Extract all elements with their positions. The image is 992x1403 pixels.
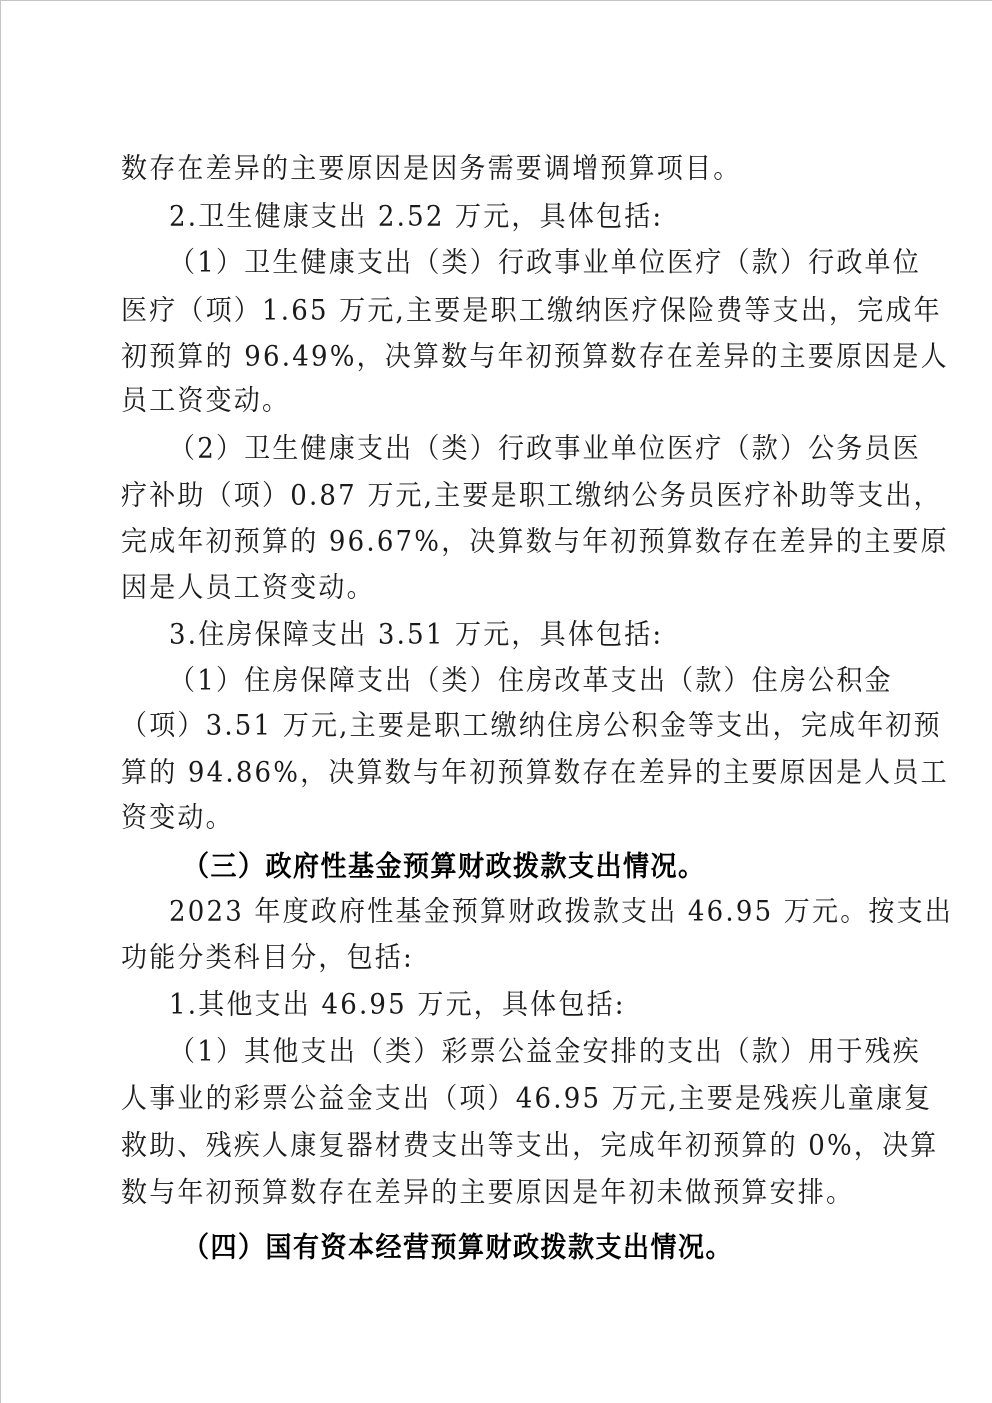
paragraph-line: 完成年初预算的 96.67%，决算数与年初预算数存在差异的主要原 [121, 525, 873, 560]
paragraph-line: 人事业的彩票公益金支出（项）46.95 万元,主要是残疾儿童康复 [121, 1082, 873, 1117]
paragraph-line: 员工资变动。 [121, 384, 881, 419]
paragraph-line-continuation: 数存在差异的主要原因是因务需要调增预算项目。 [121, 152, 881, 187]
paragraph-line: （项）3.51 万元,主要是职工缴纳住房公积金等支出，完成年初预 [121, 709, 873, 744]
paragraph-line-fund-summary: 2023 年度政府性基金预算财政拨款支出 46.95 万元。按支出 [169, 895, 873, 930]
paragraph-line-other-item1: （1）其他支出（类）彩票公益金安排的支出（款）用于残疾 [169, 1035, 873, 1070]
paragraph-line: 资变动。 [121, 801, 881, 836]
paragraph-line: 因是人员工资变动。 [121, 571, 881, 606]
paragraph-line: 功能分类科目分，包括: [121, 941, 881, 976]
paragraph-line: 医疗（项）1.65 万元,主要是职工缴纳医疗保险费等支出，完成年 [121, 294, 873, 329]
subsection-heading-health: 2.卫生健康支出 2.52 万元，具体包括: [169, 200, 929, 235]
paragraph-line-health-item1: （1）卫生健康支出（类）行政事业单位医疗（款）行政单位 [169, 246, 873, 281]
paragraph-line: 救助、残疾人康复器材费支出等支出，完成年初预算的 0%，决算 [121, 1129, 873, 1164]
document-page: 数存在差异的主要原因是因务需要调增预算项目。 2.卫生健康支出 2.52 万元，… [0, 0, 992, 1403]
section-heading-government-fund: （三）政府性基金预算财政拨款支出情况。 [183, 850, 943, 885]
paragraph-line-housing-item1: （1）住房保障支出（类）住房改革支出（款）住房公积金 [169, 664, 873, 699]
paragraph-line: 算的 94.86%，决算数与年初预算数存在差异的主要原因是人员工 [121, 756, 873, 791]
paragraph-line: 初预算的 96.49%，决算数与年初预算数存在差异的主要原因是人 [121, 340, 873, 375]
paragraph-line: 数与年初预算数存在差异的主要原因是年初未做预算安排。 [121, 1176, 881, 1211]
subsection-heading-housing: 3.住房保障支出 3.51 万元，具体包括: [169, 618, 929, 653]
subsection-heading-other-expenditure: 1.其他支出 46.95 万元，具体包括: [169, 988, 929, 1023]
paragraph-line-health-item2: （2）卫生健康支出（类）行政事业单位医疗（款）公务员医 [169, 432, 873, 467]
paragraph-line: 疗补助（项）0.87 万元,主要是职工缴纳公务员医疗补助等支出， [121, 479, 887, 514]
section-heading-state-capital: （四）国有资本经营预算财政拨款支出情况。 [183, 1231, 943, 1266]
